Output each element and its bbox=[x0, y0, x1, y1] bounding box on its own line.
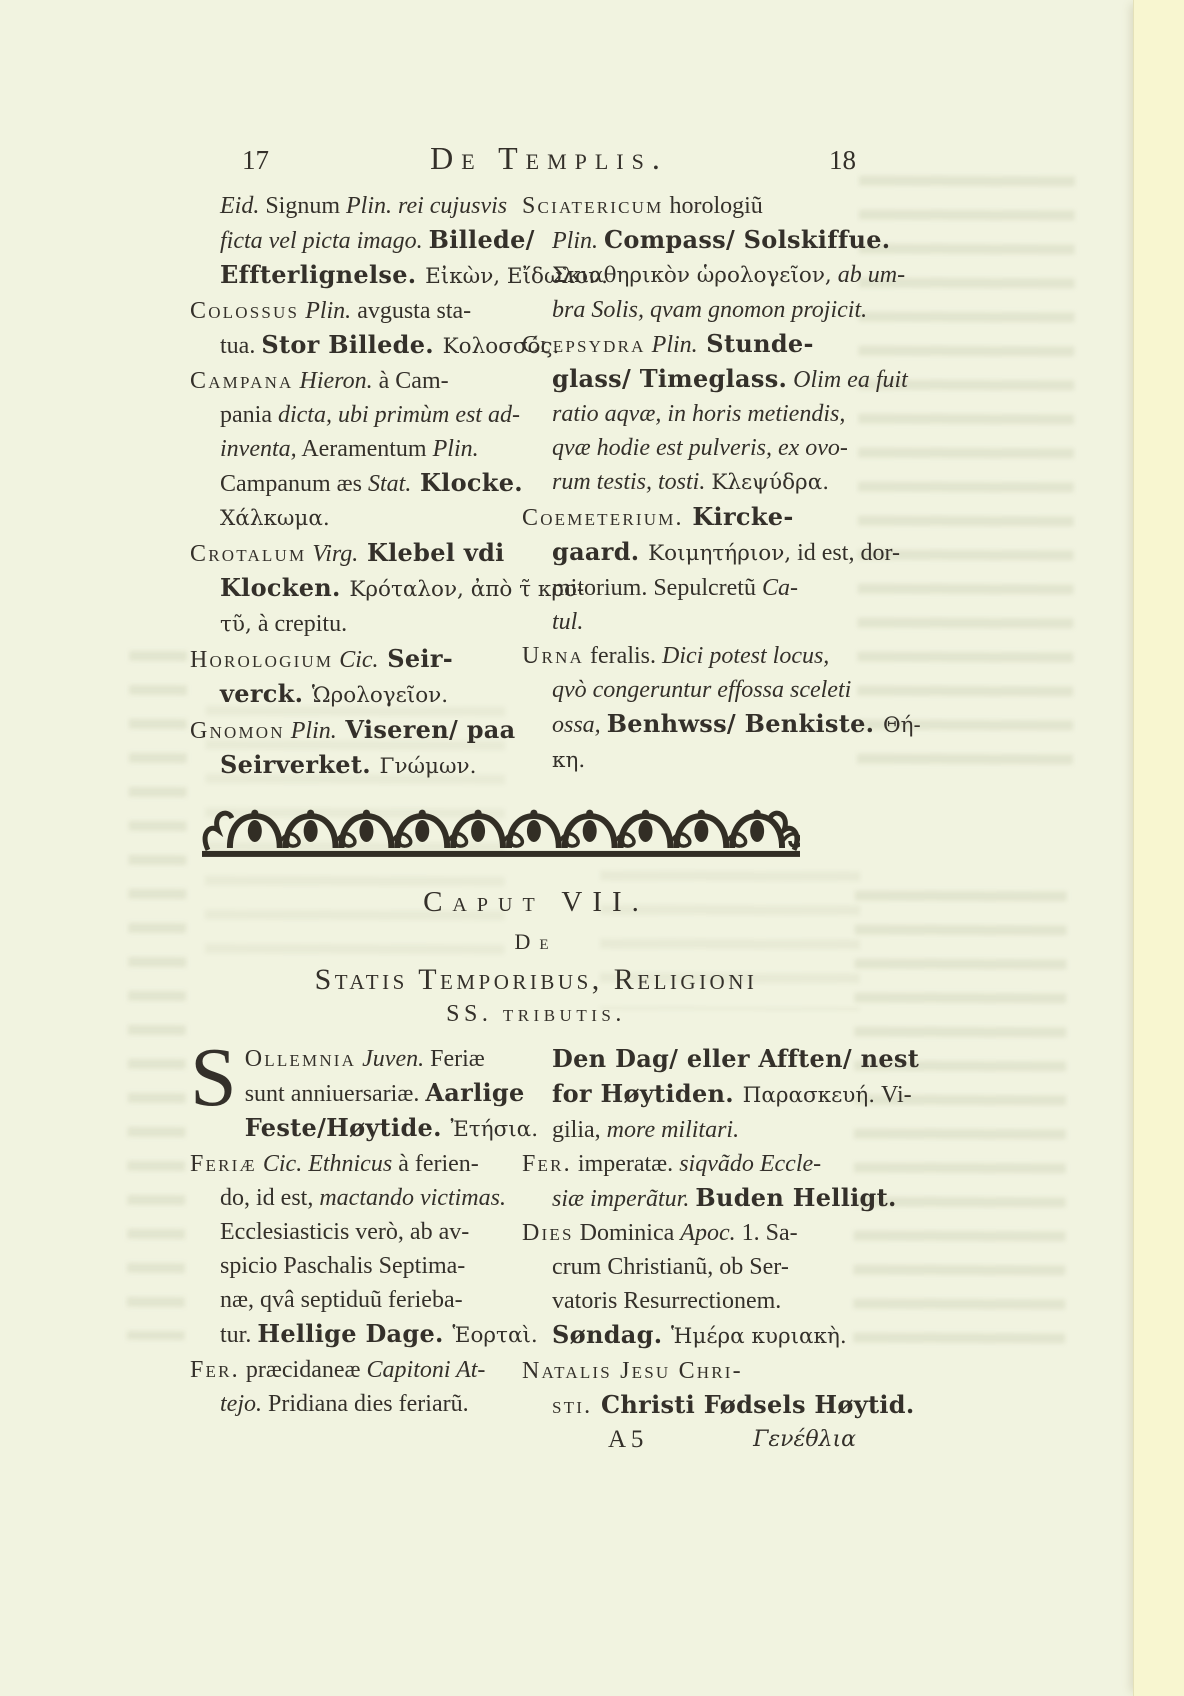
text-segment-bl: for Høytiden. bbox=[552, 1079, 743, 1108]
text-segment-it: dicta, ubi primùm est ad- bbox=[278, 402, 520, 428]
text-segment-sc: Clepsydra bbox=[522, 332, 646, 358]
text-segment-gk: Κλεψύδρα. bbox=[711, 470, 829, 495]
text-segment-sc: Urna bbox=[522, 643, 584, 669]
text-line: Eid. Signum Plin. rei cujusvis bbox=[190, 189, 514, 223]
text-segment-rm: gilia, bbox=[552, 1117, 607, 1143]
text-segment-gk: Σκιαθηρικὸν ὡρολογεῖον, bbox=[552, 263, 832, 288]
text-segment-it: Virg. bbox=[306, 541, 358, 567]
text-line: tejo. Pridiana dies feriarũ. bbox=[190, 1387, 514, 1421]
text-segment-rm: à ferien- bbox=[392, 1151, 479, 1177]
text-line: Campana Hieron. à Cam- bbox=[190, 364, 514, 398]
text-segment-it: Hieron. bbox=[294, 368, 373, 394]
text-segment-it: ficta vel picta imago. bbox=[220, 228, 429, 254]
text-line: Fer. præcidaneæ Capitoni At- bbox=[190, 1353, 514, 1387]
text-segment-rm: avgusta sta- bbox=[351, 298, 471, 324]
right-column: Sciatericum horologiũPlin. Compass/ Sols… bbox=[522, 189, 882, 784]
text-segment-bl: Stor Billede. bbox=[261, 330, 442, 359]
text-line: crum Christianũ, ob Ser- bbox=[522, 1250, 882, 1284]
text-segment-it: siæ imperãtur. bbox=[552, 1186, 695, 1212]
text-line: glass/ Timeglass. Olim ea fuit bbox=[522, 362, 882, 397]
text-segment-sc: Fer. bbox=[522, 1151, 572, 1177]
text-segment-it: ossa, bbox=[552, 712, 607, 738]
running-header: 17 De Templis. 18 bbox=[190, 140, 882, 177]
text-segment-bl: Den Dag/ eller Afften/ nest bbox=[552, 1044, 919, 1073]
text-segment-rm: vatoris Resurrectionem. bbox=[552, 1288, 781, 1314]
text-segment-sc: Ollemnia bbox=[245, 1046, 356, 1072]
text-segment-rm: Vi- bbox=[875, 1082, 912, 1108]
text-segment-rm: sunt anniuersariæ. bbox=[245, 1081, 426, 1107]
text-segment-rm: Dominica bbox=[574, 1220, 681, 1246]
text-segment-it: rum testis, tosti. bbox=[552, 469, 711, 495]
text-segment-bl: Seir- bbox=[379, 644, 453, 673]
text-line: gaard. Κοιμητήριον, id est, dor- bbox=[522, 535, 882, 571]
text-segment-rm: id est, dor- bbox=[791, 540, 900, 566]
text-segment-it: Plin. bbox=[646, 332, 698, 358]
text-line: qvò congeruntur effossa sceleti bbox=[522, 673, 882, 707]
text-line: ficta vel picta imago. Billede/ bbox=[190, 223, 514, 258]
text-segment-gk: κη. bbox=[552, 748, 585, 773]
text-segment-rm: imperatæ. bbox=[572, 1151, 679, 1177]
text-segment-it: Olim ea fuit bbox=[787, 367, 908, 393]
text-segment-bl: glass/ Timeglass. bbox=[552, 364, 787, 393]
text-segment-gk: Παρασκευή. bbox=[743, 1083, 875, 1108]
text-line: vatoris Resurrectionem. bbox=[522, 1284, 882, 1318]
text-segment-gk: Ὡρολογεῖον. bbox=[312, 683, 448, 708]
text-segment-bl: Benhwss/ Benkiste. bbox=[607, 709, 883, 738]
text-segment-rm: Feriæ bbox=[424, 1046, 485, 1072]
text-segment-rm: Ecclesiasticis verò, ab av- bbox=[220, 1219, 469, 1245]
text-line: Σκιαθηρικὸν ὡρολογεῖον, ab um- bbox=[522, 258, 882, 293]
text-line: næ, qvâ septiduũ ferieba- bbox=[190, 1283, 514, 1317]
text-line: κη. bbox=[522, 743, 882, 778]
text-segment-rm: næ, qvâ septiduũ ferieba- bbox=[220, 1287, 463, 1313]
page-number-right: 18 bbox=[766, 145, 882, 176]
text-line: rum testis, tosti. Κλεψύδρα. bbox=[522, 465, 882, 500]
text-segment-bl: Christi Fødsels Høytid. bbox=[592, 1390, 914, 1419]
text-line: Clepsydra Plin. Stunde- bbox=[522, 327, 882, 362]
text-segment-bl: gaard. bbox=[552, 537, 648, 566]
text-segment-rm: crum Christianũ, ob Ser- bbox=[552, 1254, 789, 1280]
text-segment-gk: Χάλκωμα. bbox=[220, 506, 330, 531]
text-line: Plin. Compass/ Solskiffue. bbox=[522, 223, 882, 258]
text-line: tur. Hellige Dage. Ἑορταὶ. bbox=[190, 1317, 514, 1353]
text-line: Søndag. Ἡμέρα κυριακὴ. bbox=[522, 1318, 882, 1354]
page-content: 17 De Templis. 18 Eid. Signum Plin. rei … bbox=[190, 140, 882, 1457]
text-segment-gk: Ἡμέρα κυριακὴ. bbox=[671, 1324, 847, 1349]
text-segment-it: Stat. bbox=[368, 471, 411, 497]
text-segment-sc: Fer. bbox=[190, 1357, 240, 1383]
text-line: qvæ hodie est pulveris, ex ovo- bbox=[522, 431, 882, 465]
text-line: inventa, Aeramentum Plin. bbox=[190, 432, 514, 466]
page-number-left: 17 bbox=[190, 145, 332, 176]
text-segment-bl: Hellige Dage. bbox=[257, 1319, 452, 1348]
text-line: τῦ, à crepitu. bbox=[190, 607, 514, 642]
text-segment-sc: Crotalum bbox=[190, 541, 306, 567]
text-segment-it: Apoc. bbox=[680, 1220, 735, 1246]
text-segment-gk: Γνώμων. bbox=[380, 754, 477, 779]
text-line: Urna feralis. Dici potest locus, bbox=[522, 639, 882, 673]
text-segment-it: tul. bbox=[552, 609, 583, 635]
text-segment-rm: horologiũ bbox=[663, 193, 762, 219]
text-segment-bl: Aarlige bbox=[425, 1078, 524, 1107]
text-line: Natalis Jesu Chri- bbox=[522, 1354, 882, 1388]
text-segment-bl: Klocke. bbox=[411, 468, 523, 497]
bottom-left-column: S Ollemnia Juven. Feriæsunt anniuersariæ… bbox=[190, 1042, 514, 1423]
text-line: do, id est, mactando victimas. bbox=[190, 1181, 514, 1215]
text-segment-gk: τῦ, bbox=[220, 612, 252, 637]
text-line: Den Dag/ eller Afften/ nest bbox=[522, 1042, 882, 1077]
drop-cap-initial: S bbox=[190, 1042, 245, 1114]
text-line: ratio aqvæ, in horis metiendis, bbox=[522, 397, 882, 431]
text-segment-it: Plin. bbox=[552, 228, 604, 254]
text-line: Sciatericum horologiũ bbox=[522, 189, 882, 223]
text-segment-bl: Buden Helligt. bbox=[695, 1183, 896, 1212]
text-segment-bl: Seirverket. bbox=[220, 750, 380, 779]
text-segment-sc: Feriæ bbox=[190, 1151, 257, 1177]
text-segment-bl: Søndag. bbox=[552, 1320, 671, 1349]
text-segment-bl: Klocken. bbox=[220, 573, 349, 602]
book-page-scan: 17 De Templis. 18 Eid. Signum Plin. rei … bbox=[0, 0, 1184, 1696]
text-line: mitorium. Sepulcretũ Ca- bbox=[522, 571, 882, 605]
text-segment-bl: Viseren/ paa bbox=[337, 715, 516, 744]
text-segment-it: Plin. bbox=[433, 436, 479, 462]
footer-row: A 5 Γενέθλια bbox=[522, 1423, 882, 1457]
text-segment-rm: Aeramentum bbox=[297, 436, 433, 462]
text-segment-sc: Colossus bbox=[190, 298, 299, 324]
text-line: Χάλκωμα. bbox=[190, 501, 514, 536]
chapter-subheading-de: De bbox=[190, 929, 882, 955]
text-segment-it: ab um- bbox=[832, 262, 905, 288]
text-line: for Høytiden. Παρασκευή. Vi- bbox=[522, 1077, 882, 1113]
text-segment-rm: præcidaneæ bbox=[240, 1357, 367, 1383]
text-segment-rm: Campanum æs bbox=[220, 471, 368, 497]
text-segment-sc: Gnomon bbox=[190, 718, 285, 744]
text-segment-sc: Campana bbox=[190, 368, 294, 394]
text-segment-rm: 1. Sa- bbox=[736, 1220, 798, 1246]
text-segment-rm: do, id est, bbox=[220, 1185, 319, 1211]
text-line: gilia, more militari. bbox=[522, 1113, 882, 1147]
text-line: siæ imperãtur. Buden Helligt. bbox=[522, 1181, 882, 1216]
text-line: tul. bbox=[522, 605, 882, 639]
text-line: bra Solis, qvam gnomon projicit. bbox=[522, 293, 882, 327]
text-segment-it: more militari. bbox=[607, 1117, 739, 1143]
text-segment-it: Dici potest locus, bbox=[656, 643, 829, 669]
left-column: Eid. Signum Plin. rei cujusvisficta vel … bbox=[190, 189, 514, 784]
text-segment-rm: spicio Paschalis Septima- bbox=[220, 1253, 465, 1279]
dictionary-columns-top: Eid. Signum Plin. rei cujusvisficta vel … bbox=[190, 189, 882, 784]
bleed-through-texture bbox=[127, 640, 187, 1340]
text-segment-bl: Billede/ bbox=[429, 225, 535, 254]
text-segment-sc: Sciatericum bbox=[522, 193, 663, 219]
text-segment-it: Plin. bbox=[285, 718, 337, 744]
text-segment-bl: Kircke- bbox=[684, 502, 794, 531]
text-segment-it: Eid. bbox=[220, 193, 259, 219]
text-segment-bl: Klebel vdi bbox=[358, 538, 504, 567]
text-segment-rm: tur. bbox=[220, 1322, 257, 1348]
text-segment-gk: Κοιμητήριον, bbox=[648, 541, 791, 566]
bleed-through-texture bbox=[853, 880, 1067, 1351]
catchword: Γενέθλια bbox=[753, 1423, 856, 1457]
chapter-title-line2: SS. tributis. bbox=[190, 1001, 882, 1028]
text-line: Crotalum Virg. Klebel vdi bbox=[190, 536, 514, 571]
text-segment-it: Capitoni At- bbox=[367, 1357, 486, 1383]
text-segment-gk: Θή- bbox=[883, 713, 921, 738]
text-line: Horologium Cic. Seir- bbox=[190, 642, 514, 677]
running-title: De Templis. bbox=[332, 140, 766, 177]
text-segment-it: siqvãdo Eccle- bbox=[679, 1151, 821, 1177]
text-segment-rm: tua. bbox=[220, 333, 261, 359]
text-segment-rm: pania bbox=[220, 402, 278, 428]
text-line: Fer. imperatæ. siqvãdo Eccle- bbox=[522, 1147, 882, 1181]
text-segment-it: mactando victimas. bbox=[319, 1185, 506, 1211]
text-line: verck. Ὡρολογεῖον. bbox=[190, 677, 514, 713]
text-segment-bl: Feste/Høytide. bbox=[245, 1113, 451, 1142]
text-segment-it: Cic. Ethnicus bbox=[257, 1151, 392, 1177]
text-line: Gnomon Plin. Viseren/ paa bbox=[190, 713, 514, 748]
text-line: Colossus Plin. avgusta sta- bbox=[190, 294, 514, 328]
adjacent-page-edge bbox=[1133, 0, 1184, 1696]
text-line: Seirverket. Γνώμων. bbox=[190, 748, 514, 784]
text-segment-bl: Effterlignelse. bbox=[220, 260, 425, 289]
text-line: Klocken. Κρόταλον, ἀπὸ τ̃ κρο- bbox=[190, 571, 514, 607]
text-segment-it: tejo. bbox=[220, 1391, 262, 1417]
text-line: ossa, Benhwss/ Benkiste. Θή- bbox=[522, 707, 882, 743]
text-segment-it: inventa, bbox=[220, 436, 297, 462]
text-segment-it: Cic. bbox=[333, 647, 378, 673]
text-segment-sc: Coemeterium. bbox=[522, 505, 684, 531]
text-line: Effterlignelse. Εἰκὼν, Εἴδωλον. bbox=[190, 258, 514, 294]
text-line: Coemeterium. Kircke- bbox=[522, 500, 882, 535]
text-segment-it: qvò congeruntur effossa sceleti bbox=[552, 677, 851, 703]
text-line: Feste/Høytide. Ἐτήσια. bbox=[190, 1111, 514, 1147]
text-segment-rm: feralis. bbox=[584, 643, 656, 669]
text-segment-bl: verck. bbox=[220, 679, 312, 708]
text-line: Campanum æs Stat. Klocke. bbox=[190, 466, 514, 501]
text-segment-it: Plin. rei cujusvis bbox=[346, 193, 507, 219]
text-segment-it: bra Solis, qvam gnomon projicit. bbox=[552, 297, 867, 323]
bottom-right-column: Den Dag/ eller Afften/ nestfor Høytiden.… bbox=[522, 1042, 882, 1423]
text-segment-sc: Horologium bbox=[190, 647, 333, 673]
text-segment-rm: à Cam- bbox=[373, 368, 449, 394]
text-line: sti. Christi Fødsels Høytid. bbox=[522, 1388, 882, 1423]
text-line: Ecclesiasticis verò, ab av- bbox=[190, 1215, 514, 1249]
text-segment-rm: à crepitu. bbox=[252, 611, 347, 637]
dictionary-columns-bottom: S Ollemnia Juven. Feriæsunt anniuersariæ… bbox=[190, 1042, 882, 1423]
text-segment-sc: sti. bbox=[552, 1393, 592, 1419]
text-segment-it: Plin. bbox=[299, 298, 351, 324]
text-line: Feriæ Cic. Ethnicus à ferien- bbox=[190, 1147, 514, 1181]
text-segment-rm: Signum bbox=[259, 193, 346, 219]
text-segment-rm: Pridiana dies feriarũ. bbox=[262, 1391, 469, 1417]
text-segment-bl: Compass/ Solskiffue. bbox=[604, 225, 890, 254]
text-segment-bl: Stunde- bbox=[698, 329, 814, 358]
signature-mark: A 5 bbox=[608, 1423, 643, 1457]
text-segment-it: ratio aqvæ, in horis metiendis, bbox=[552, 401, 845, 427]
text-segment-it: Juven. bbox=[356, 1046, 424, 1072]
text-line: spicio Paschalis Septima- bbox=[190, 1249, 514, 1283]
text-line: Dies Dominica Apoc. 1. Sa- bbox=[522, 1216, 882, 1250]
text-line: pania dicta, ubi primùm est ad- bbox=[190, 398, 514, 432]
text-segment-sc: Dies bbox=[522, 1220, 574, 1246]
floral-ornament-band bbox=[202, 804, 800, 860]
chapter-title-line1: Statis Temporibus, Religioni bbox=[190, 963, 882, 997]
text-segment-it: qvæ hodie est pulveris, ex ovo- bbox=[552, 435, 848, 461]
text-segment-it: Ca- bbox=[762, 575, 798, 601]
text-line: tua. Stor Billede. Κολοσσός. bbox=[190, 328, 514, 364]
chapter-heading: Caput VII. bbox=[190, 886, 882, 919]
text-segment-rm: mitorium. Sepulcretũ bbox=[552, 575, 762, 601]
text-segment-sc: Natalis Jesu Chri- bbox=[522, 1358, 743, 1384]
